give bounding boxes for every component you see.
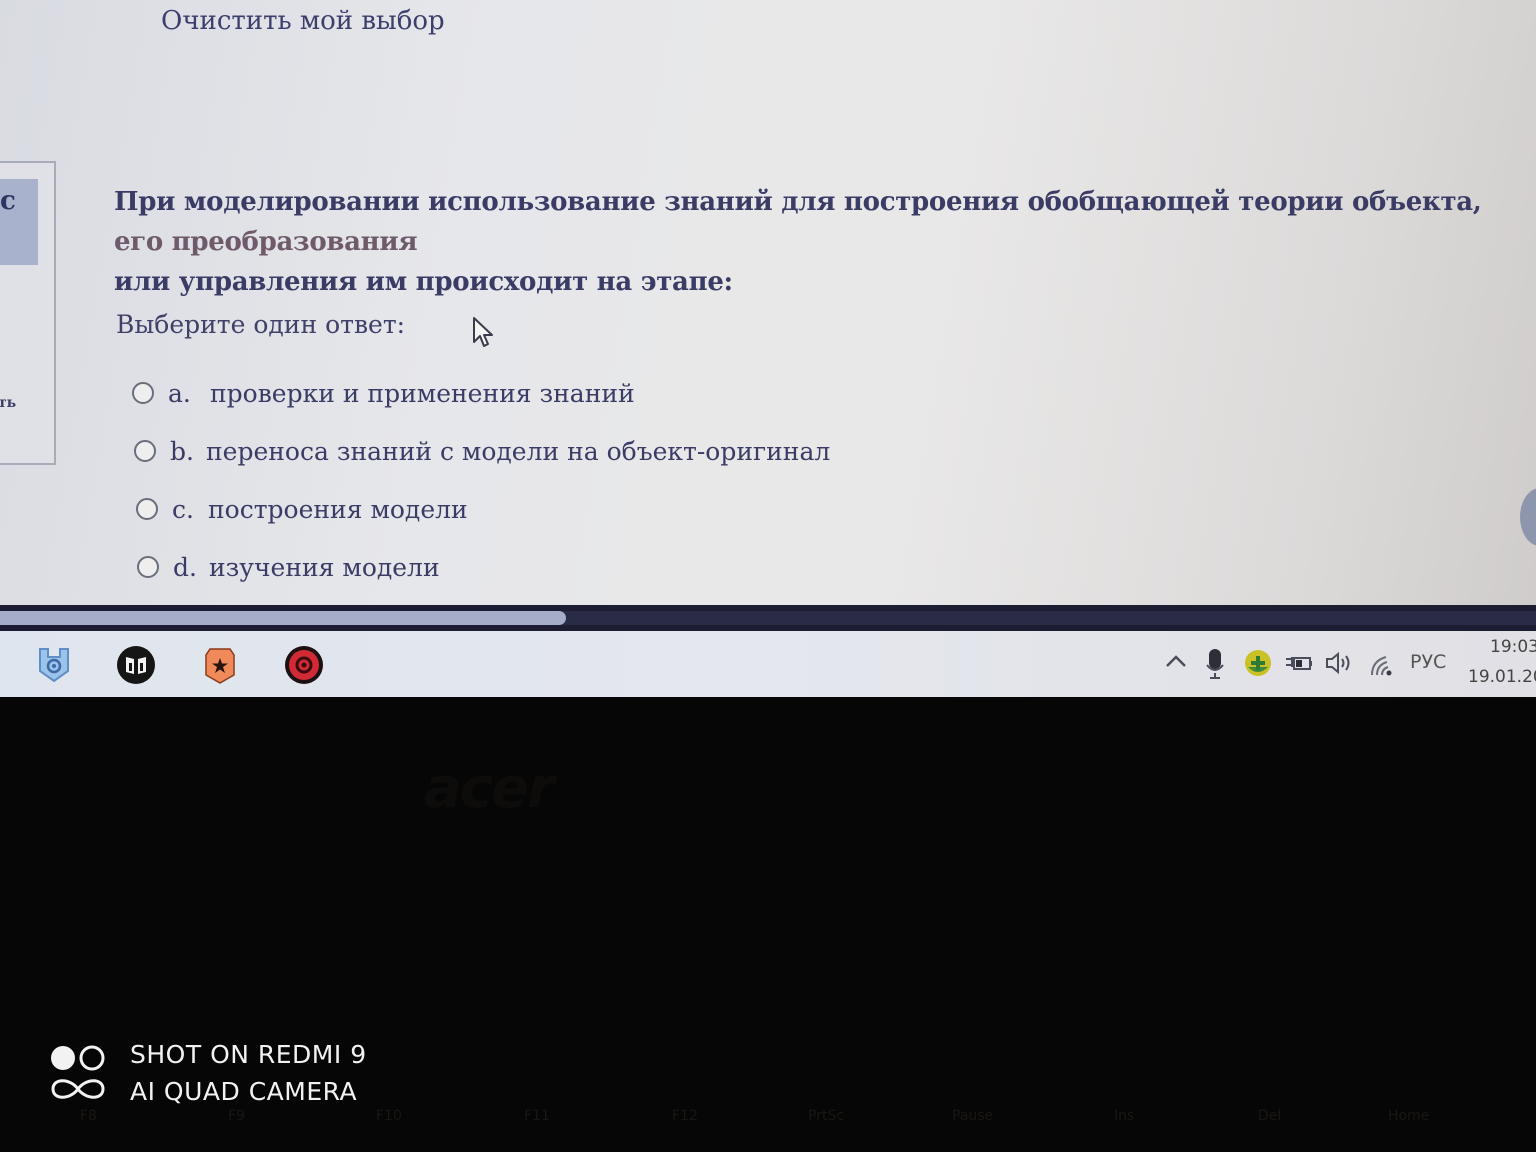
- input-language-indicator[interactable]: РУС: [1410, 651, 1446, 673]
- keyboard-key: F9: [228, 1108, 245, 1124]
- keyboard-key: Pause: [952, 1108, 993, 1124]
- answer-list: a. проверки и применения знаний b. перен…: [132, 364, 830, 596]
- keyboard-key: F8: [80, 1108, 97, 1124]
- watermark-line1: SHOT ON REDMI 9: [130, 1040, 367, 1069]
- taskbar: РУС 19:03 19.01.20: [0, 631, 1536, 697]
- keyboard-key: Ins: [1114, 1108, 1134, 1124]
- horizontal-scrollbar-thumb[interactable]: [0, 611, 566, 625]
- radio-button[interactable]: [134, 440, 156, 462]
- quiz-nav-label[interactable]: ть: [0, 395, 16, 411]
- answer-text: проверки и применения знаний: [210, 379, 635, 408]
- answer-letter: d.: [173, 553, 209, 582]
- answer-text: переноса знаний с модели на объект-ориги…: [206, 437, 830, 466]
- red-gear-app-icon[interactable]: [284, 645, 324, 685]
- mouse-pointer-icon: [472, 316, 496, 350]
- keyboard-key: F12: [672, 1108, 698, 1124]
- antivirus-tray-icon[interactable]: [1244, 649, 1272, 677]
- quiz-nav-tab[interactable]: с: [0, 179, 38, 265]
- answer-prompt: Выберите один ответ:: [116, 310, 405, 339]
- radio-button[interactable]: [136, 498, 158, 520]
- keyboard-key: PrtSc: [808, 1108, 844, 1124]
- show-hidden-icons-chevron-icon[interactable]: [1164, 653, 1188, 669]
- shield-app-icon[interactable]: [34, 645, 74, 685]
- watermark-line2: AI QUAD CAMERA: [130, 1077, 357, 1106]
- answer-text: изучения модели: [209, 553, 440, 582]
- battery-charging-icon[interactable]: [1284, 653, 1314, 673]
- keyboard-function-row: F8 F9 F10 F11 F12 PrtSc Pause Ins Del Ho…: [0, 1108, 1536, 1152]
- answer-letter: a.: [168, 379, 210, 408]
- volume-icon[interactable]: [1324, 651, 1354, 675]
- keyboard-key: Home: [1388, 1108, 1429, 1124]
- floating-side-button[interactable]: [1520, 488, 1536, 546]
- clear-my-choice-link[interactable]: Очистить мой выбор: [161, 6, 445, 36]
- question-text: При моделировании использование знаний д…: [114, 182, 1524, 302]
- answer-letter: b.: [170, 437, 206, 466]
- answer-letter: c.: [172, 495, 208, 524]
- clock-time[interactable]: 19:03: [1490, 637, 1536, 657]
- question-line1: При моделировании использование знаний д…: [114, 187, 1482, 217]
- keyboard-key: F11: [524, 1108, 550, 1124]
- keyboard-key: Del: [1258, 1108, 1281, 1124]
- wifi-icon[interactable]: [1368, 651, 1394, 677]
- radio-button[interactable]: [132, 382, 154, 404]
- radio-button[interactable]: [137, 556, 159, 578]
- laptop-brand-logo: acer: [424, 756, 553, 821]
- microphone-icon[interactable]: [1204, 647, 1226, 681]
- clock-date[interactable]: 19.01.20: [1468, 667, 1536, 687]
- answer-option-c[interactable]: c. построения модели: [136, 480, 830, 538]
- book-app-icon[interactable]: [116, 645, 156, 685]
- answer-option-d[interactable]: d. изучения модели: [137, 538, 830, 596]
- camera-lens-logo-icon: [50, 1040, 108, 1104]
- keyboard-key: F10: [376, 1108, 402, 1124]
- answer-option-a[interactable]: a. проверки и применения знаний: [132, 364, 830, 422]
- question-line1-tail: его преобразования: [114, 227, 417, 257]
- camera-watermark: SHOT ON REDMI 9 AI QUAD CAMERA: [50, 1040, 108, 1108]
- question-line2: или управления им происходит на этапе:: [114, 267, 733, 297]
- quiz-navigation-panel: с ть: [0, 161, 56, 465]
- answer-option-b[interactable]: b. переноса знаний с модели на объект-ор…: [134, 422, 830, 480]
- answer-text: построения модели: [208, 495, 468, 524]
- star-badge-app-icon[interactable]: [200, 645, 240, 685]
- browser-viewport: Очистить мой выбор с ть При моделировани…: [0, 0, 1536, 605]
